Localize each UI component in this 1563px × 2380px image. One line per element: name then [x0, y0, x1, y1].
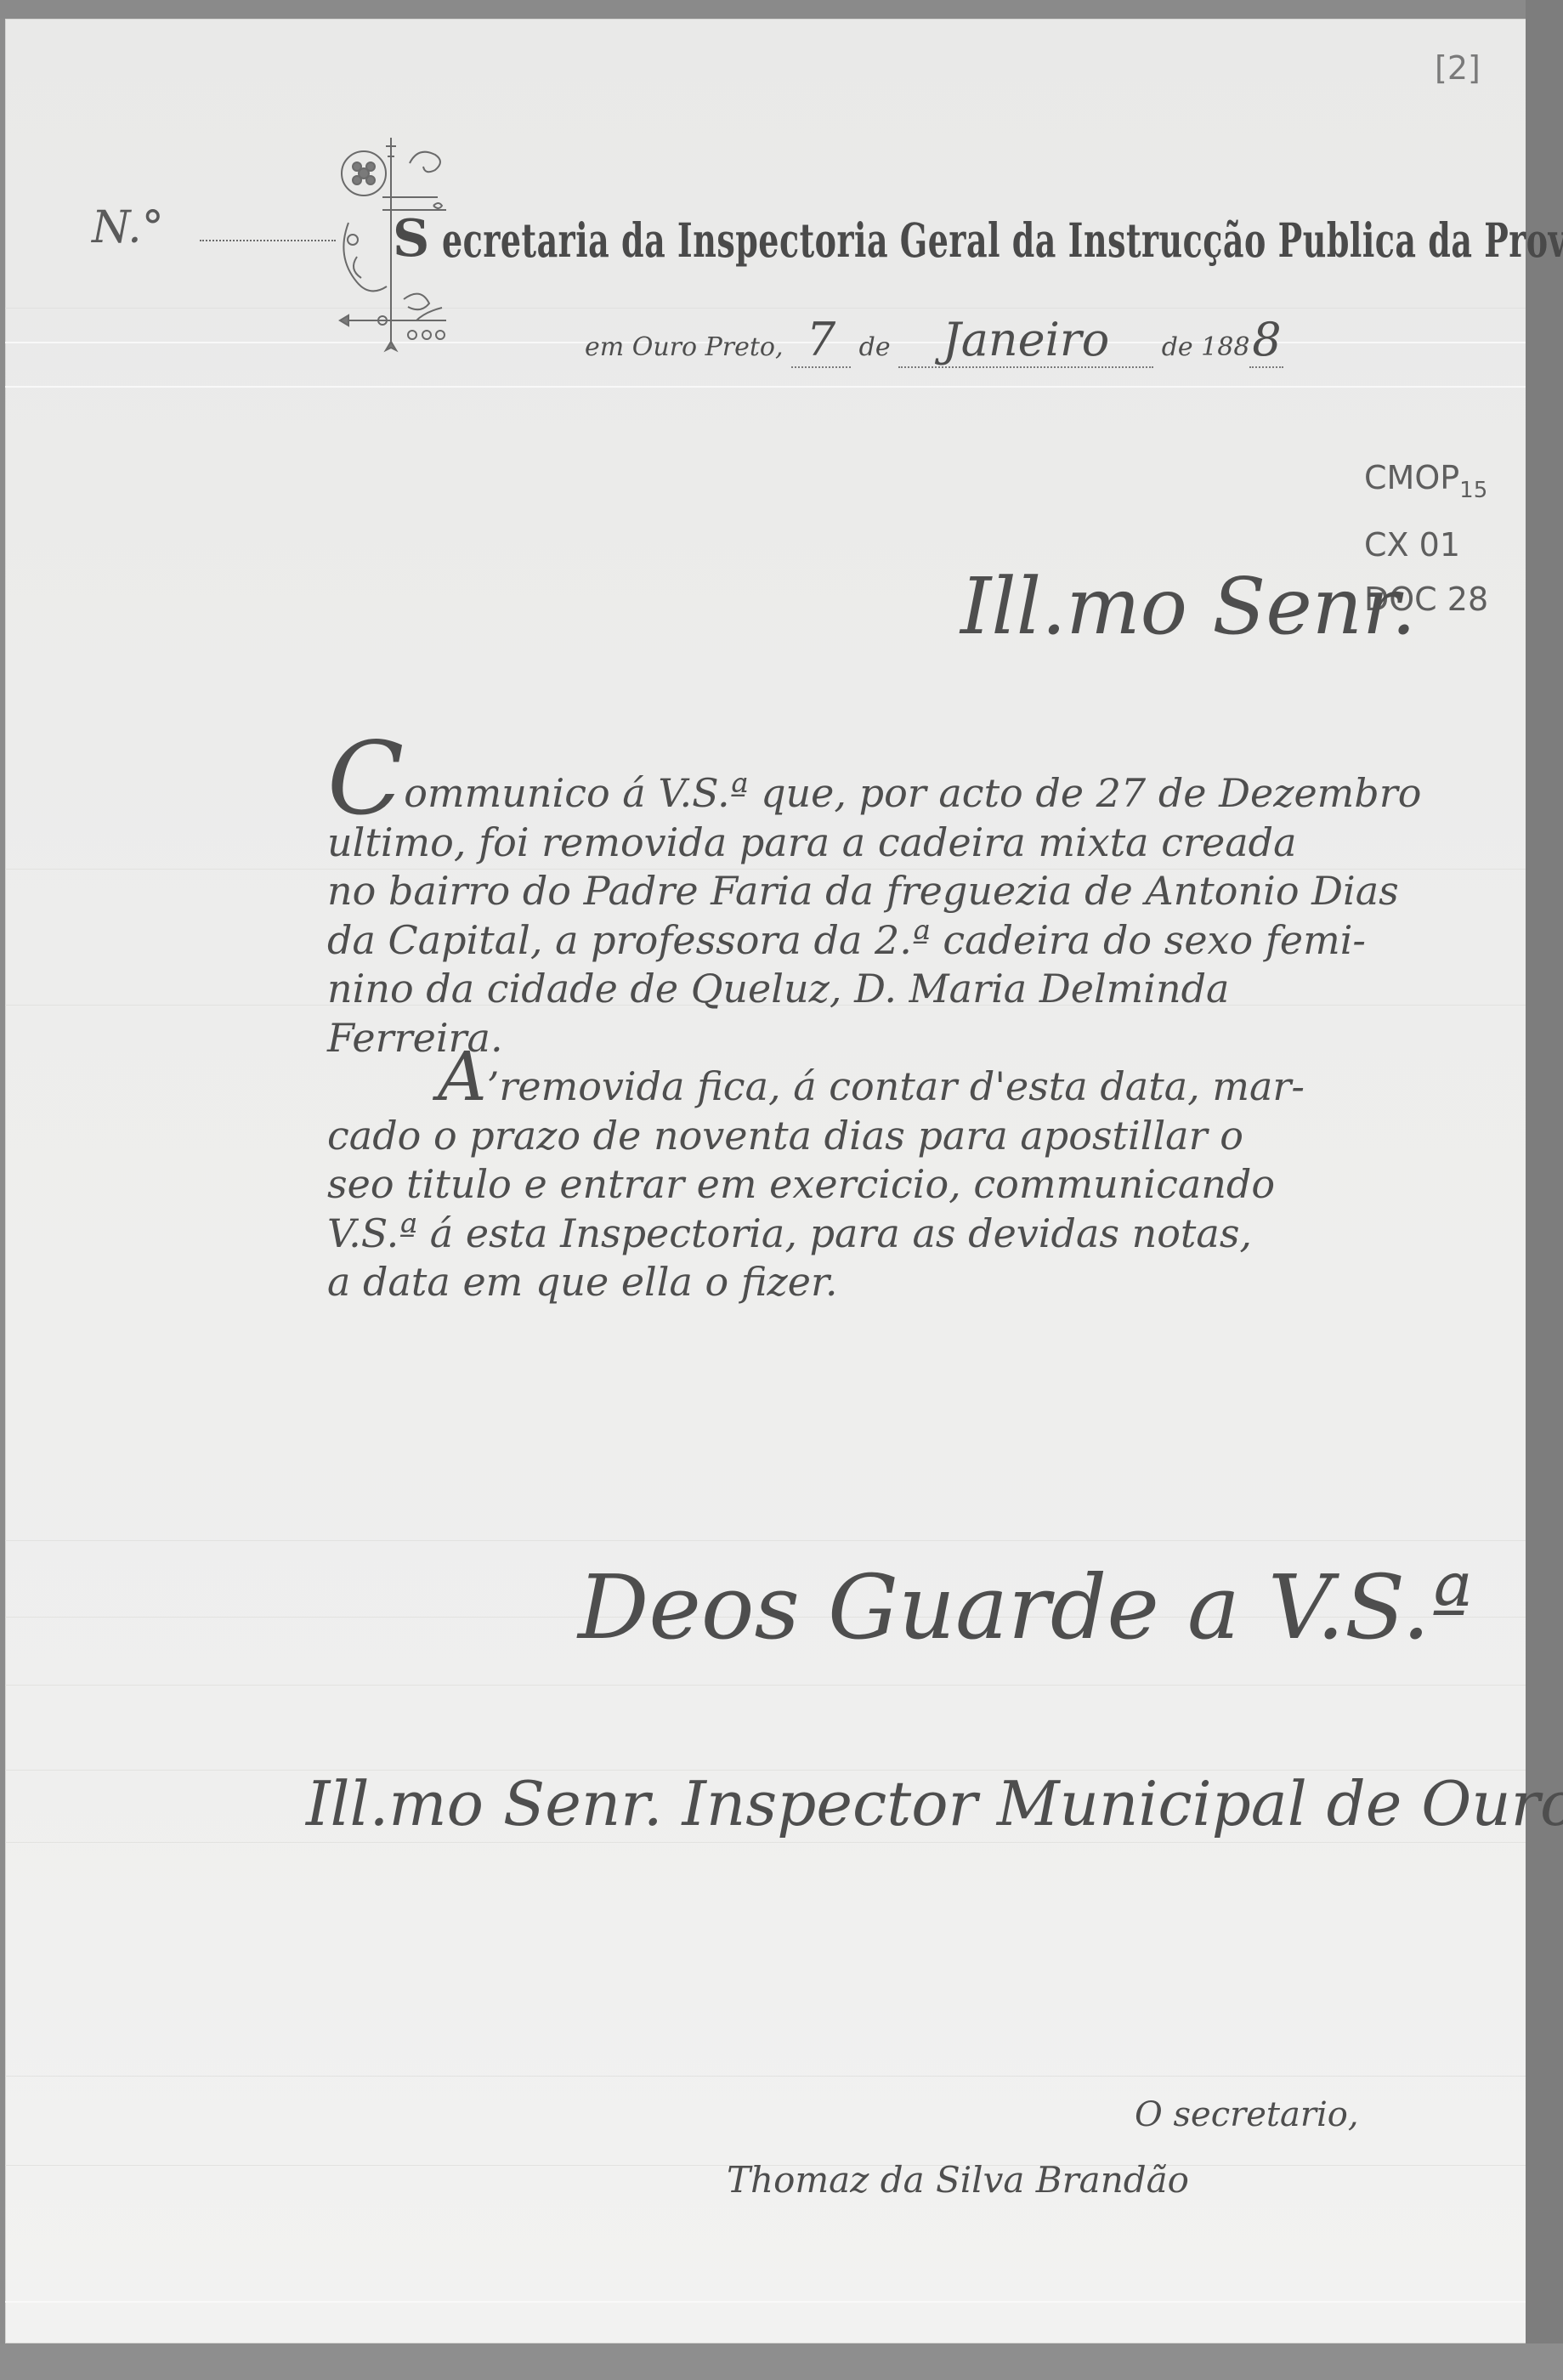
dateline-month: Janeiro: [898, 313, 1153, 368]
body-line: da Capital, a professora da 2.ª cadeira …: [327, 916, 1517, 966]
ruled-line: [5, 1540, 1526, 1541]
archive-fund: CMOP15: [1364, 450, 1488, 518]
scan-border-right: [1526, 0, 1563, 2380]
ruled-line: [5, 1685, 1526, 1686]
dateline-day: 7: [791, 313, 851, 368]
body-line: cado o prazo de noventa dias para aposti…: [327, 1112, 1517, 1161]
ruled-line: [5, 1842, 1526, 1843]
document-number-label: N.°: [92, 202, 164, 253]
ruled-line: [5, 308, 1526, 309]
paper-crease: [5, 2301, 1526, 2303]
dateline-de-year: de 188: [1162, 332, 1250, 362]
paragraph-cap: A: [438, 1037, 487, 1116]
letterhead-initial: S: [393, 209, 429, 269]
paper-crease: [5, 386, 1526, 388]
body-line: seo titulo e entrar em exercicio, commun…: [327, 1160, 1517, 1210]
ornamental-initial-icon: [331, 129, 450, 354]
signature-name: Thomaz da Silva Brandão: [727, 2159, 1189, 2201]
document-number-field: [200, 240, 336, 241]
addressee: Ill.mo Senr. Inspector Municipal de Ouro…: [306, 1768, 1563, 1839]
ruled-line: [5, 2076, 1526, 2077]
scan-border-bottom: [0, 2343, 1563, 2380]
closing-formula: Deos Guarde a V.S.ª: [578, 1555, 1472, 1659]
scan-border-top: [0, 0, 1563, 19]
dateline: em Ouro Preto, 7 de Janeiro de 1888: [585, 313, 1283, 368]
body-line: V.S.ª á esta Inspectoria, para as devida…: [327, 1210, 1517, 1259]
dateline-de: de: [859, 332, 891, 362]
dateline-place: em Ouro Preto,: [585, 332, 784, 362]
body-line: A’removida fica, á contar d'esta data, m…: [327, 1062, 1517, 1112]
letter-body: Communico á V.S.ª que, por acto de 27 de…: [327, 769, 1517, 1307]
body-line: Ferreira.: [327, 1014, 1517, 1063]
page-number: [2]: [1435, 49, 1481, 87]
body-line: nino da cidade de Queluz, D. Maria Delmi…: [327, 965, 1517, 1014]
signature-role: O secretario,: [1135, 2095, 1359, 2134]
salutation: Ill.mo Senr.: [960, 561, 1416, 652]
dateline-year-digit: 8: [1249, 313, 1283, 368]
body-line: a data em que ella o fizer.: [327, 1258, 1517, 1307]
body-line: ultimo, foi removida para a cadeira mixt…: [327, 819, 1517, 868]
letterhead-title: ecretaria da Inspectoria Geral da Instru…: [442, 212, 1563, 268]
body-line: Communico á V.S.ª que, por acto de 27 de…: [327, 769, 1517, 819]
body-line: no bairro do Padre Faria da freguezia de…: [327, 867, 1517, 916]
